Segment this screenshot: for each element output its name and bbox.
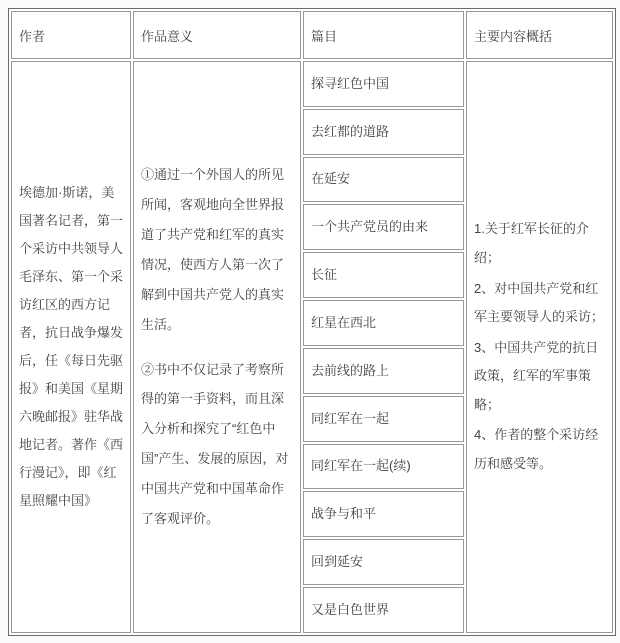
header-significance: 作品意义: [133, 11, 301, 59]
significance-cell: ①通过一个外国人的所见所闻，客观地向全世界报道了共产党和红军的真实情况，使西方人…: [133, 61, 301, 633]
chapter-cell: 在延安: [303, 157, 464, 203]
chapter-cell: 红星在西北: [303, 300, 464, 346]
chapter-cell: 同红军在一起: [303, 396, 464, 442]
author-text: 埃德加·斯诺，美国著名记者，第一个采访中共领导人毛泽东、第一个采访红区的西方记者…: [19, 179, 123, 514]
chapter-cell: 一个共产党员的由来: [303, 204, 464, 250]
header-row: 作者 作品意义 篇目 主要内容概括: [11, 11, 613, 59]
chapter-cell: 回到延安: [303, 539, 464, 585]
summary-point-2: 2、对中国共产党和红军主要领导人的采访；: [474, 275, 605, 332]
chapter-cell: 探寻红色中国: [303, 61, 464, 107]
summary-point-3: 3、中国共产党的抗日政策，红军的军事策略；: [474, 334, 605, 420]
chapter-cell: 又是白色世界: [303, 587, 464, 633]
chapter-cell: 长征: [303, 252, 464, 298]
header-summary: 主要内容概括: [466, 11, 613, 59]
author-cell: 埃德加·斯诺，美国著名记者，第一个采访中共领导人毛泽东、第一个采访红区的西方记者…: [11, 61, 131, 633]
chapter-cell: 去红都的道路: [303, 109, 464, 155]
summary-point-1: 1.关于红军长征的介绍；: [474, 215, 605, 272]
table-row: 埃德加·斯诺，美国著名记者，第一个采访中共领导人毛泽东、第一个采访红区的西方记者…: [11, 61, 613, 107]
summary-cell: 1.关于红军长征的介绍； 2、对中国共产党和红军主要领导人的采访； 3、中国共产…: [466, 61, 613, 633]
chapter-cell: 去前线的路上: [303, 348, 464, 394]
header-author: 作者: [11, 11, 131, 59]
summary-point-4: 4、作者的整个采访经历和感受等。: [474, 421, 605, 478]
chapter-cell: 同红军在一起(续): [303, 444, 464, 490]
significance-point-1: ①通过一个外国人的所见所闻，客观地向全世界报道了共产党和红军的真实情况，使西方人…: [141, 160, 293, 339]
significance-point-2: ②书中不仅记录了考察所得的第一手资料，而且深入分析和探究了“红色中国”产生、发展…: [141, 355, 293, 534]
header-chapters: 篇目: [303, 11, 464, 59]
book-overview-table: 作者 作品意义 篇目 主要内容概括 埃德加·斯诺，美国著名记者，第一个采访中共领…: [8, 8, 616, 636]
chapter-cell: 战争与和平: [303, 491, 464, 537]
